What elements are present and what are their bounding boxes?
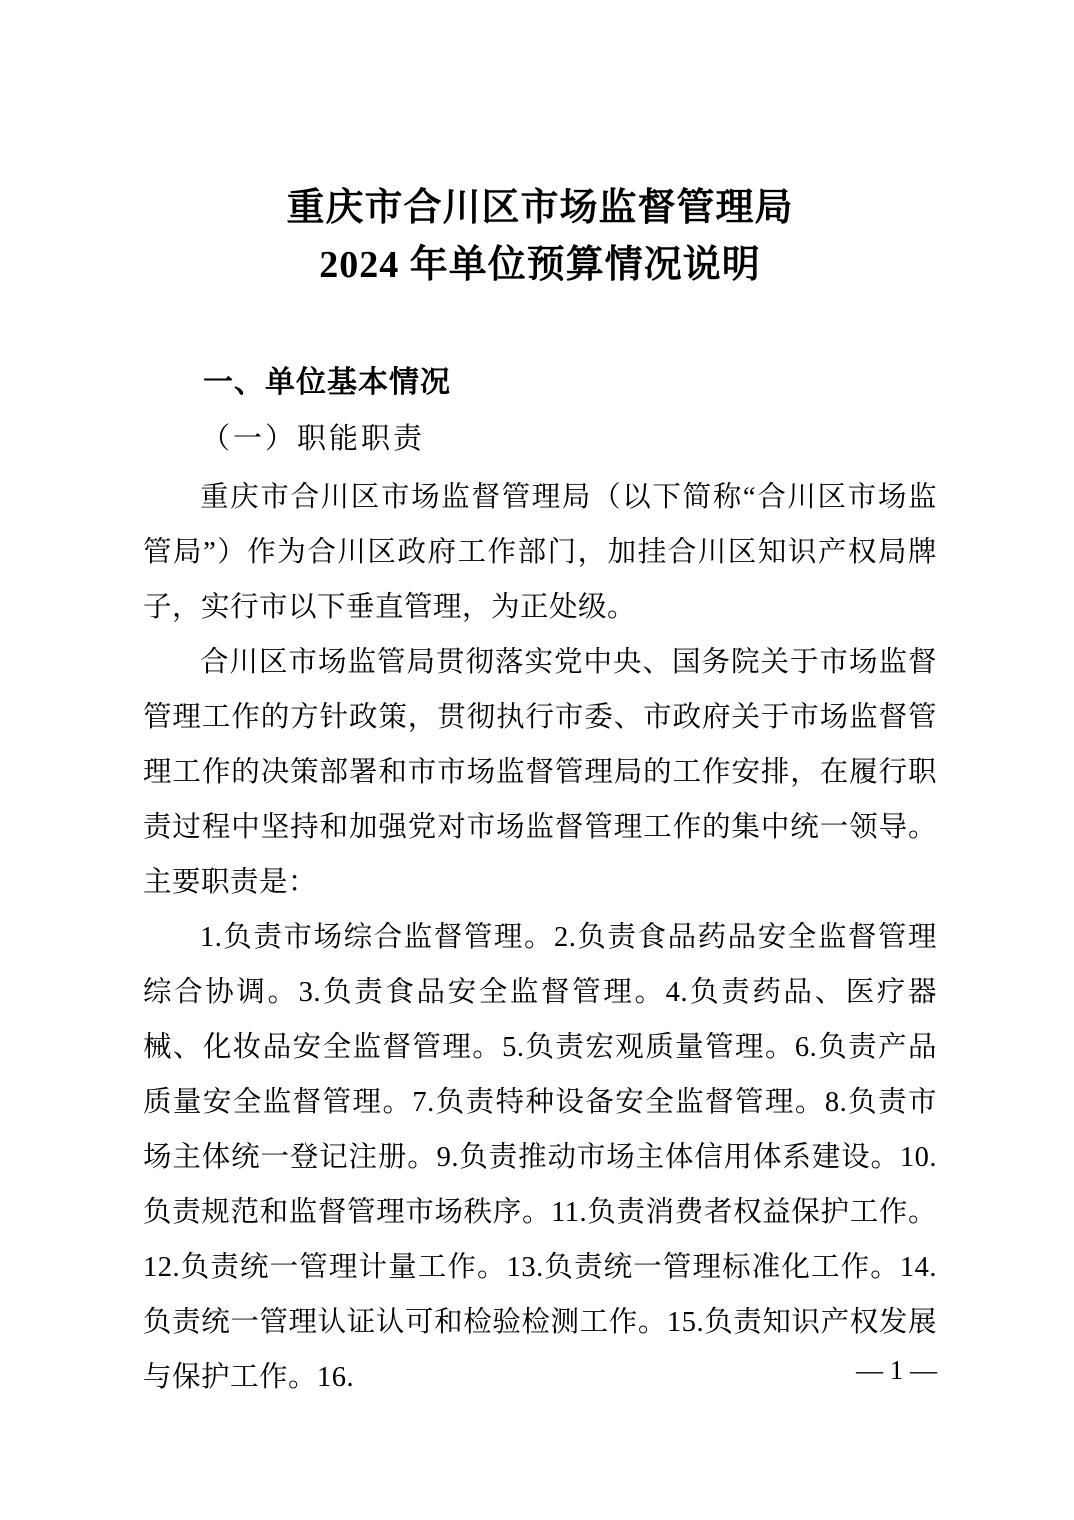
paragraph-duties-list: 1.负责市场综合监督管理。2.负责食品药品安全监督管理综合协调。3.负责食品安全… (143, 910, 937, 1405)
paragraph-policy-implementation: 合川区市场监管局贯彻落实党中央、国务院关于市场监督管理工作的方针政策，贯彻执行市… (143, 635, 937, 910)
document-page: 重庆市合川区市场监督管理局 2024 年单位预算情况说明 一、单位基本情况 （一… (0, 0, 1074, 1520)
page-number: — 1 — (856, 1352, 937, 1388)
document-title-line1: 重庆市合川区市场监督管理局 (143, 180, 937, 237)
section-heading-basic-info: 一、单位基本情况 (143, 364, 937, 402)
document-title: 重庆市合川区市场监督管理局 2024 年单位预算情况说明 (143, 180, 937, 294)
document-title-line2: 2024 年单位预算情况说明 (143, 237, 937, 294)
paragraph-agency-overview: 重庆市合川区市场监督管理局（以下简称“合川区市场监管局”）作为合川区政府工作部门… (143, 470, 937, 635)
document-body: 重庆市合川区市场监督管理局（以下简称“合川区市场监管局”）作为合川区政府工作部门… (143, 470, 937, 1405)
section-subheading-duties: （一）职能职责 (143, 418, 937, 460)
